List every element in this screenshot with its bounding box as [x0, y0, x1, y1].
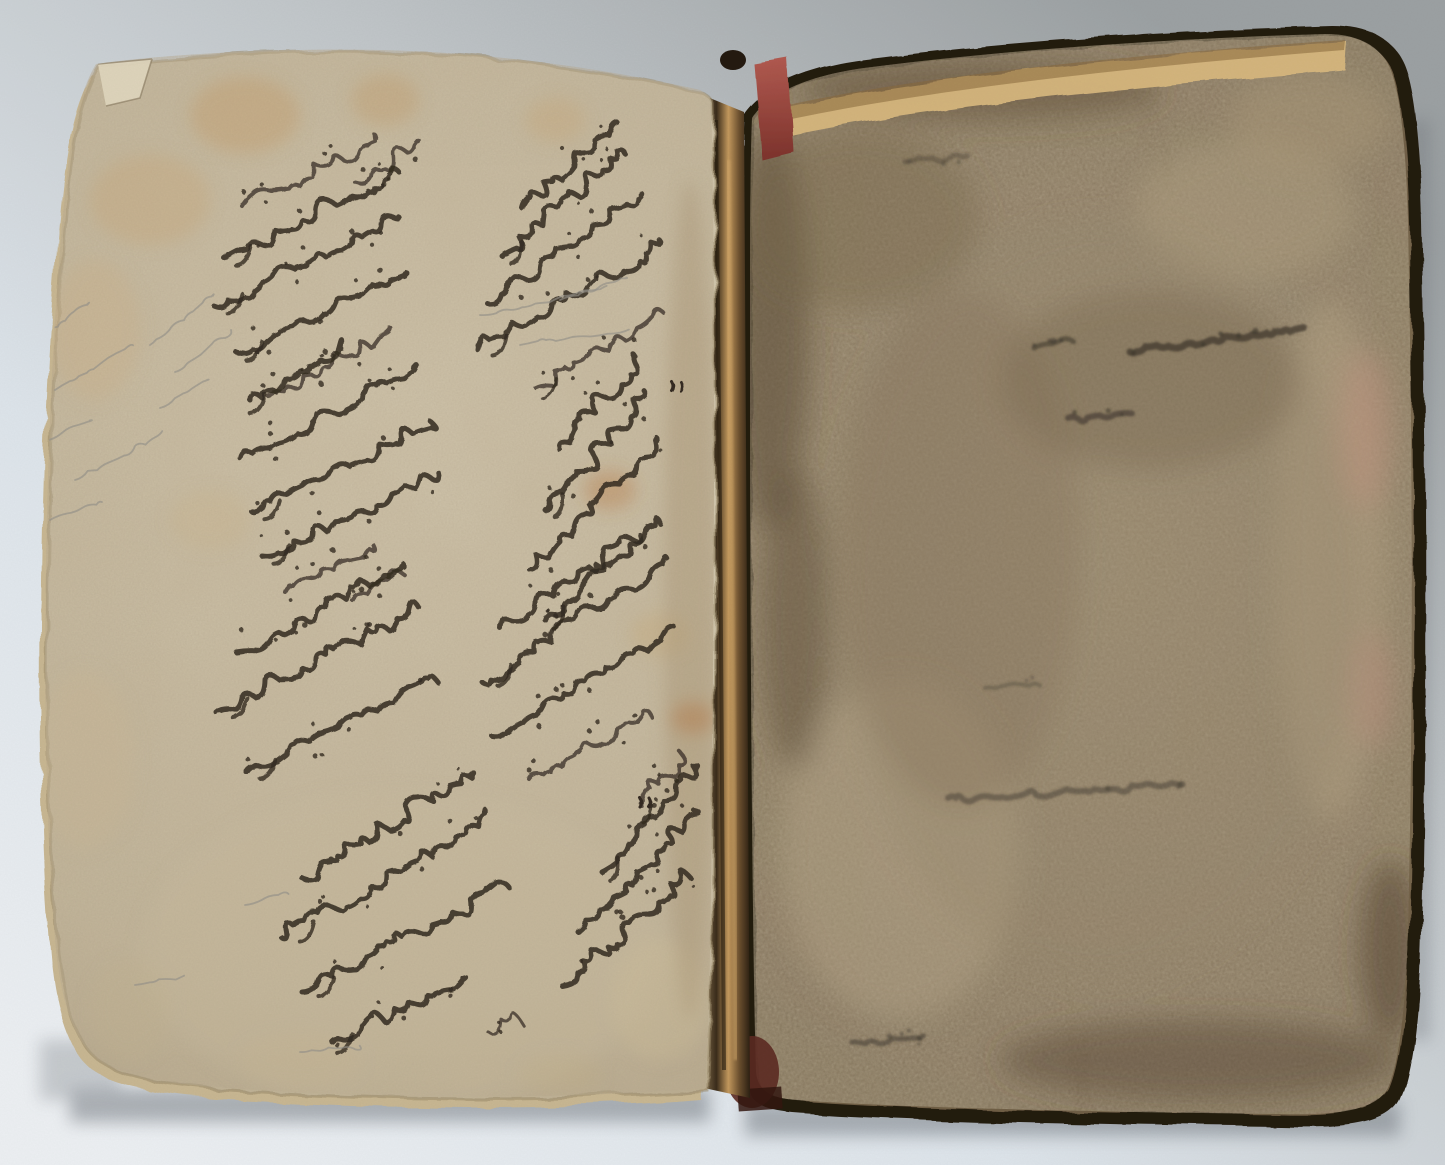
- photo-grain: [0, 0, 1445, 1165]
- manuscript-photo: [0, 0, 1445, 1165]
- photo-frame: [0, 0, 1445, 1165]
